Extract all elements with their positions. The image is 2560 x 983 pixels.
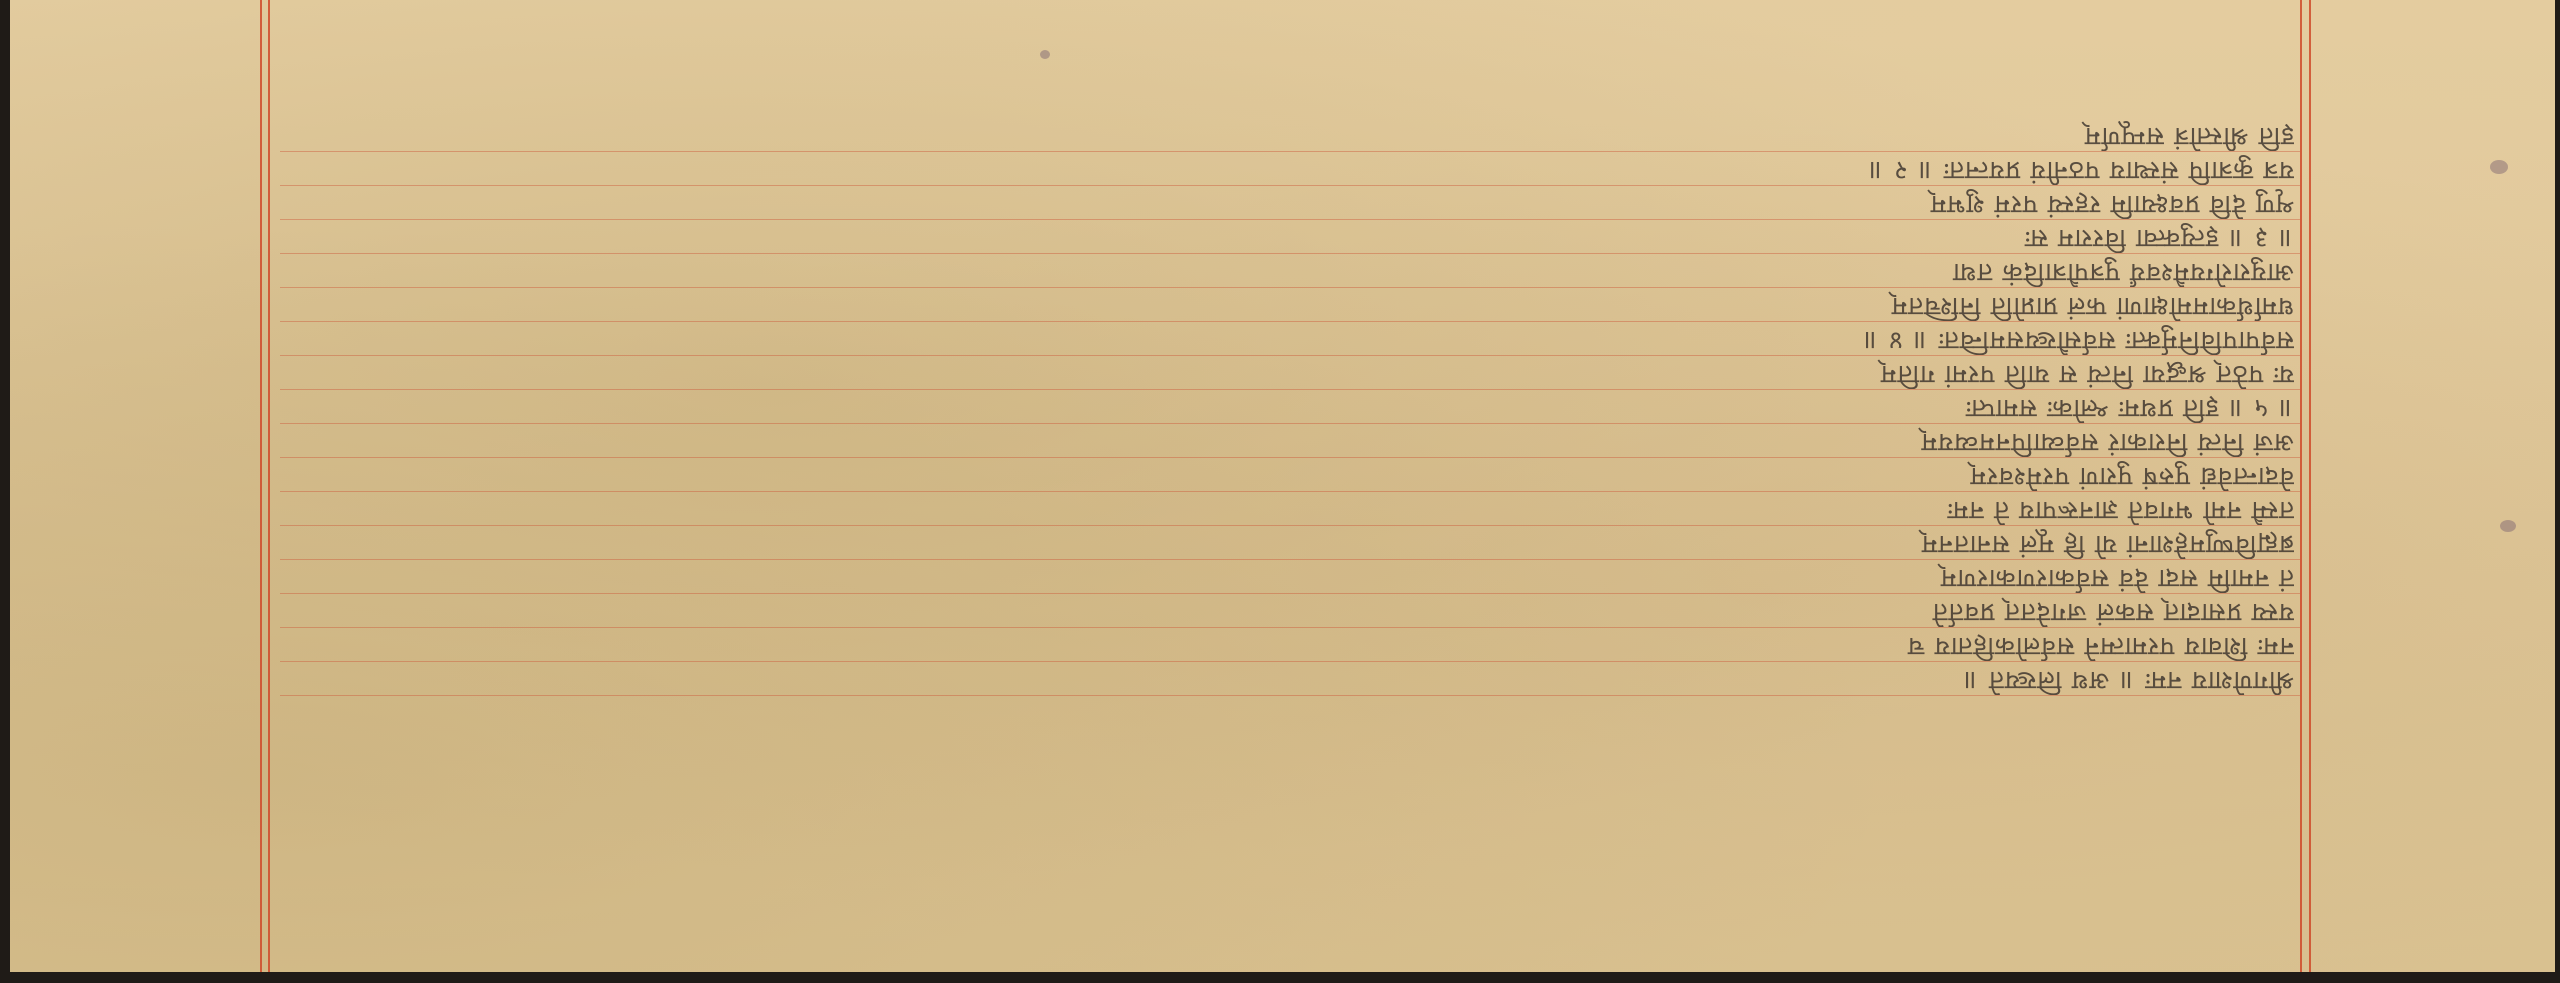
manuscript-leaf: इति श्रीस्तोत्रं सम्पूर्णम् यत्र कुत्राप… — [10, 0, 2555, 972]
text-line: सर्वपापविनिर्मुक्तः सर्वसौख्यसमन्वितः ॥ … — [280, 322, 2300, 356]
text-line: यस्य प्रसादात् सकलं जगदेतत् प्रवर्तते — [280, 594, 2300, 628]
text-line: यत्र कुत्रापि संस्थाय पठनीयं प्रयत्नतः ॥… — [280, 152, 2300, 186]
text-line: आयुरारोग्यमैश्वर्यं पुत्रपौत्रादिकं तथा — [280, 254, 2300, 288]
text-line: तस्मै नमो भगवते ज्ञानरूपाय ते नमः — [280, 492, 2300, 526]
text-line: तं नमामि सदा देवं सर्वकारणकारणम् — [280, 560, 2300, 594]
text-line: अजं नित्यं निराकारं सर्वव्यापिनमव्ययम् — [280, 424, 2300, 458]
text-line: ॥ ५ ॥ इति प्रथमः श्लोकः समाप्तः — [280, 390, 2300, 424]
right-margin-rule-outer — [2309, 0, 2311, 972]
left-margin-rule-outer — [260, 0, 262, 972]
text-line: ब्रह्मविष्णुमहेशानां यो हि मूलं सनातनम् — [280, 526, 2300, 560]
left-margin-rule-inner — [268, 0, 270, 972]
text-line: श्रीगणेशाय नमः ॥ अथ लिख्यते ॥ — [280, 662, 2300, 696]
right-margin-rule-inner — [2300, 0, 2302, 972]
paper-stain — [1040, 50, 1050, 59]
text-line: शृणु देवि प्रवक्ष्यामि रहस्यं परमं शुभम् — [280, 186, 2300, 220]
text-line: वेदान्तवेद्यं पुरुषं पुराणं परमेश्वरम् — [280, 458, 2300, 492]
manuscript-text-block: इति श्रीस्तोत्रं सम्पूर्णम् यत्र कुत्राप… — [280, 118, 2300, 696]
paper-stain — [2500, 520, 2516, 532]
text-line: यः पठेत् श्रद्धया नित्यं स याति परमां गत… — [280, 356, 2300, 390]
text-line: धर्मार्थकाममोक्षाणां फलं प्राप्नोति निश्… — [280, 288, 2300, 322]
text-line: नमः शिवाय परमात्मने सर्वलोकहिताय च — [280, 628, 2300, 662]
text-line: ॥ ३ ॥ इत्युक्त्वा विरराम सः — [280, 220, 2300, 254]
paper-stain — [2490, 160, 2508, 174]
text-line: इति श्रीस्तोत्रं सम्पूर्णम् — [280, 118, 2300, 152]
